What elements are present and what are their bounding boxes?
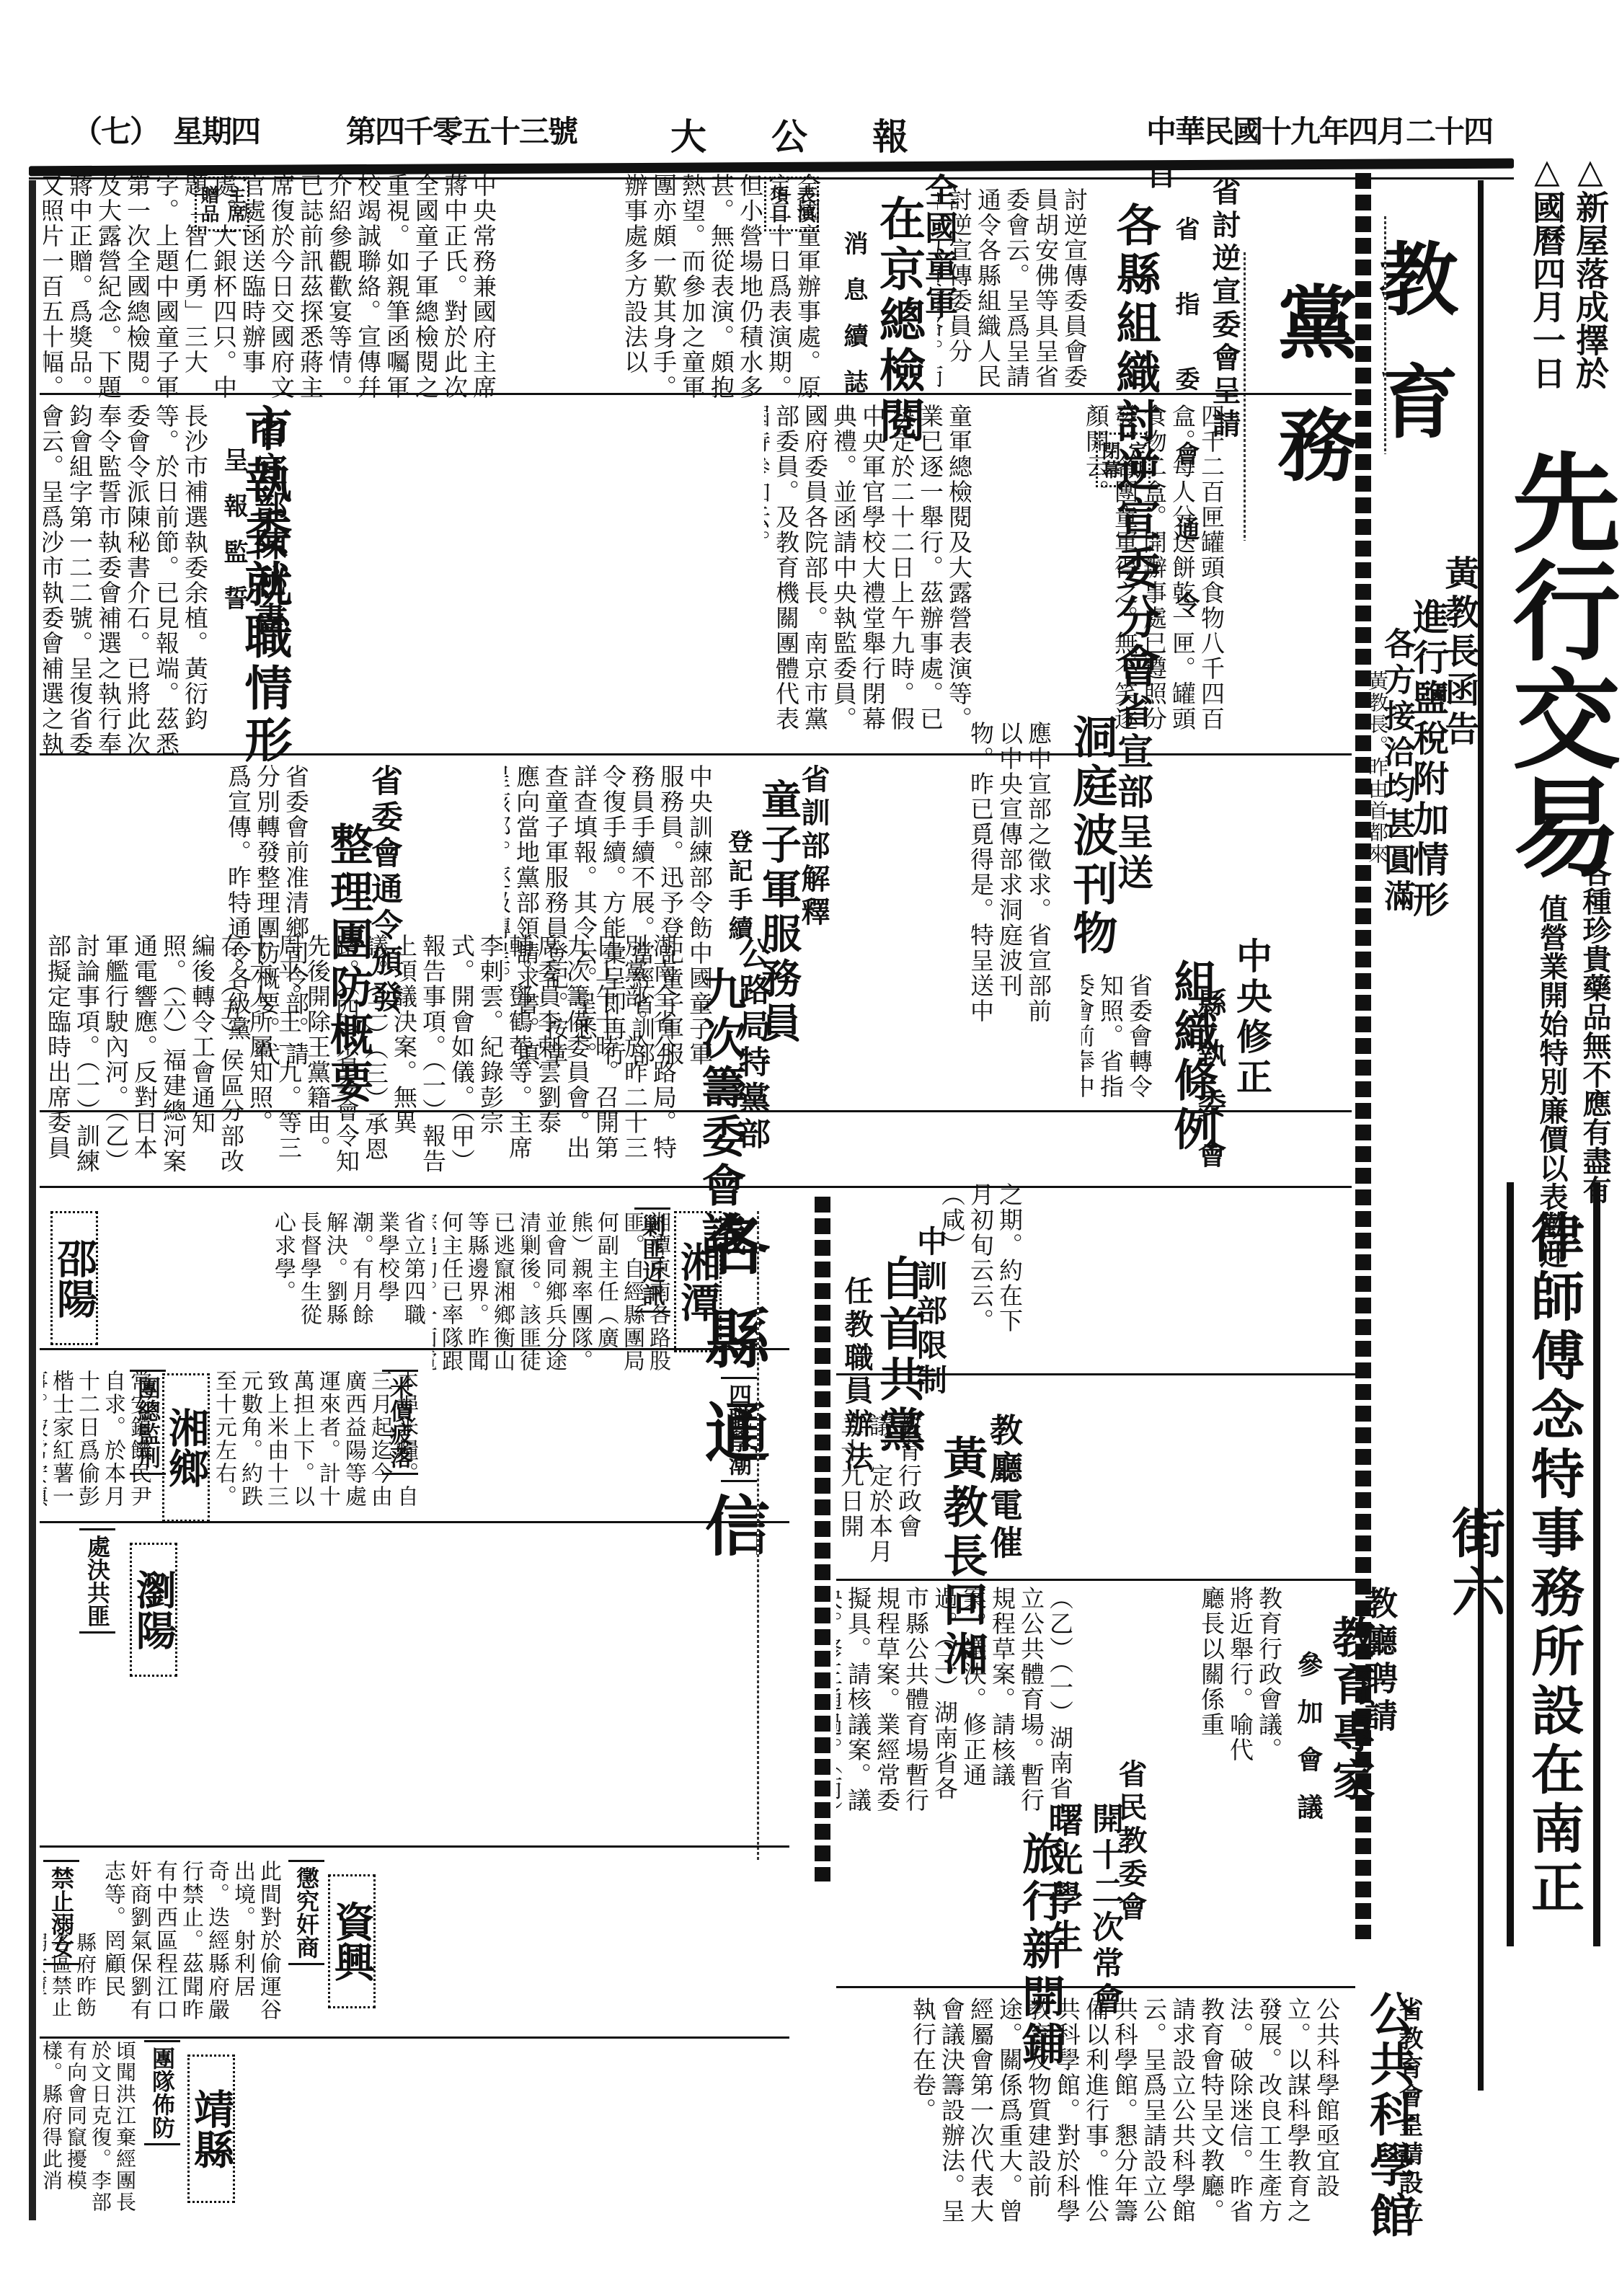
article-body: 教育行政會議。定於本月二十九日開會。特電請黃教長提回主持一切。茲錄原電如下。首都…: [836, 1413, 923, 1572]
ad-notice-line-1: △新屋落成擇於: [1572, 151, 1609, 389]
article-body: （乙）（一）湖南省立公共體育場。暫行規程草案。請核議案。議決。修正通過。（二）湖…: [836, 1586, 1074, 1824]
article-body: 湖南全省公路局。特別黨部。於昨二十三日上午十時。召開第九次籌備委員會。出席委員李…: [43, 934, 678, 1179]
section-title-education: 教育: [1355, 238, 1469, 483]
article-body: 應中宣部之徵求。省宣部前以中央宣傳部求洞庭波刊物。昨已覓得是。特呈送中央宣傳部審…: [966, 721, 1052, 1038]
article-body: 中央常務兼國府主席蔣中正氏。對於此次全國童子軍總檢閱之重視。如親筆函囑軍校竭誠聯…: [43, 173, 497, 404]
band-divider: [40, 393, 1352, 395]
band-divider: [40, 1186, 1352, 1188]
dispatch-body: 省立第四職業學校學潮。有月餘解決。劉縣長督學生從心求學。: [101, 1211, 425, 1341]
dispatch-place-box: 湘潭: [674, 1211, 722, 1352]
dispatch-title: 團隊佈防: [144, 2040, 180, 2145]
page-number: （七）: [72, 108, 159, 151]
dispatch-title: 處決共匪: [79, 1528, 115, 1634]
right-border: [1478, 180, 1484, 2091]
ad-shop-desc-1: 各種珍貴藥品無不應有盡有: [1579, 858, 1610, 1204]
dispatch-body: 湘潭東南各路股匪。自經縣團局何副主任（廣熊）親率團隊。並會同鄉兵分途清剿後。該匪…: [433, 1211, 670, 1377]
label-box: 表演項目: [764, 177, 819, 231]
article-headline: 組織條例: [1161, 959, 1225, 1155]
dispatch-place-box: 邵陽: [50, 1211, 98, 1345]
dispatch-body: 常安鎮饑民尹自求。於本月十二日爲偷彭楷士家紅薯一事。被常安鎮保衛隊捕獲到案。陳團…: [43, 1370, 151, 1514]
dispatch-title: 四職學潮: [721, 1377, 757, 1482]
masthead: （七） 星期四 第四千零五十三號 大公報 中華民國十九年四月二十四日: [43, 108, 1499, 151]
article-headline: 市執委就職情形: [231, 404, 299, 767]
dispatch-place-box: 靖縣: [187, 2055, 235, 2203]
weekday: 星期四: [173, 108, 260, 151]
diamond-border: [815, 1197, 830, 1881]
lawyer-advertisement: 律師傅念特事務所設在南正街六: [1507, 1182, 1600, 1946]
article-body: 之期。約在下月初旬云云。（咸）: [937, 1182, 1024, 1341]
article-subhead: 參加會議: [1290, 1651, 1327, 1841]
article-body: 黃教長。昨由首都來函。報告進行鹽稅附加情形如: [1362, 670, 1391, 887]
wavy-divider: [1384, 216, 1386, 454]
band-divider: [836, 1373, 1355, 1375]
article-body: 省委會轉令知照。省指委會前奉中央執委會令修正縣執委會組織條例。昨特轉各級黨部一體…: [1081, 973, 1153, 1117]
label-box: 主席贈品: [195, 177, 249, 231]
article-body: 教育行政會議。將近舉行。喻代廳長以關係重要。亟須專家蒞場指導。集思廣益。特聘請張…: [1197, 1586, 1283, 1766]
article-body: 公共科學館亟宜設立。以謀科學教育之發展。改良工生產方法。破除迷信。昨省教育會特呈…: [836, 1997, 1341, 2235]
dispatch-place-box: 資興: [328, 1874, 376, 2008]
band-divider: [836, 1579, 1355, 1581]
dispatch-body: 此間對於偷運谷出境。射利居奇。迭經縣府嚴行禁止。茲聞昨有中西區程江口奸商劉氣保劉…: [101, 1860, 281, 2033]
dispatch-title: 懲究奸商: [288, 1860, 324, 1965]
dispatch-body: 頃聞洪江棄經團長於文日克復。李部有向會同竄擾模樣。縣府得此消息。深恐潰部竄入縣境…: [43, 2040, 137, 2213]
article-body: 童軍總檢閱及大露營表演等。業已逐一舉行。茲辦事處。已決定於二十二日上午九時。假中…: [764, 404, 973, 750]
dispatch-body: 縣府昨飭各區禁止溺女墮胎。其辦法如下：（一: [43, 1932, 97, 2033]
article-body: 長沙市補選執委余植。黃衍鈞等。於日前節。已見報端。茲悉委會令派陳秘書介石。已將此…: [43, 404, 209, 764]
band-divider: [40, 1348, 789, 1350]
band-divider: [40, 2036, 789, 2039]
ad-notice-line-2: △國曆四月一日: [1528, 151, 1566, 389]
paper-name: 大公報: [670, 108, 973, 160]
band-divider: [40, 1845, 789, 1848]
ad-shop-name: 先行交易: [1499, 447, 1615, 879]
issue-number: 第四千零五十三號: [346, 108, 577, 151]
label-box: 定期閉幕: [1096, 433, 1151, 487]
article-subhead: 登記手續: [721, 829, 756, 944]
article-headline: 公共科學館: [1355, 1990, 1422, 2242]
left-border: [29, 180, 36, 2220]
wavy-divider: [757, 1211, 759, 1860]
dispatch-place-box: 湘鄉: [162, 1373, 210, 1522]
publication-date: 中華民國十九年四月二十四日: [1146, 108, 1499, 195]
article-headline: 教育專家: [1319, 1615, 1381, 1805]
section-title-party: 黨務: [1254, 281, 1368, 526]
band-divider: [40, 1521, 789, 1523]
dispatch-body: 本埠米糧。自三月起迄今由廣西益陽等處運來者。計十萬担上下。以致上米由十三元數角。…: [216, 1370, 418, 1514]
article-headline: 洞庭波刊物: [1060, 714, 1124, 959]
band-divider: [836, 1986, 1355, 1988]
dispatch-place-box: 瀏陽: [130, 1543, 177, 1677]
article-kicker: 中央修正: [1226, 937, 1277, 1099]
article-subhead: 消息續誌: [836, 231, 872, 415]
article-kicker: 省討逆宣委會呈請: [1204, 177, 1245, 442]
